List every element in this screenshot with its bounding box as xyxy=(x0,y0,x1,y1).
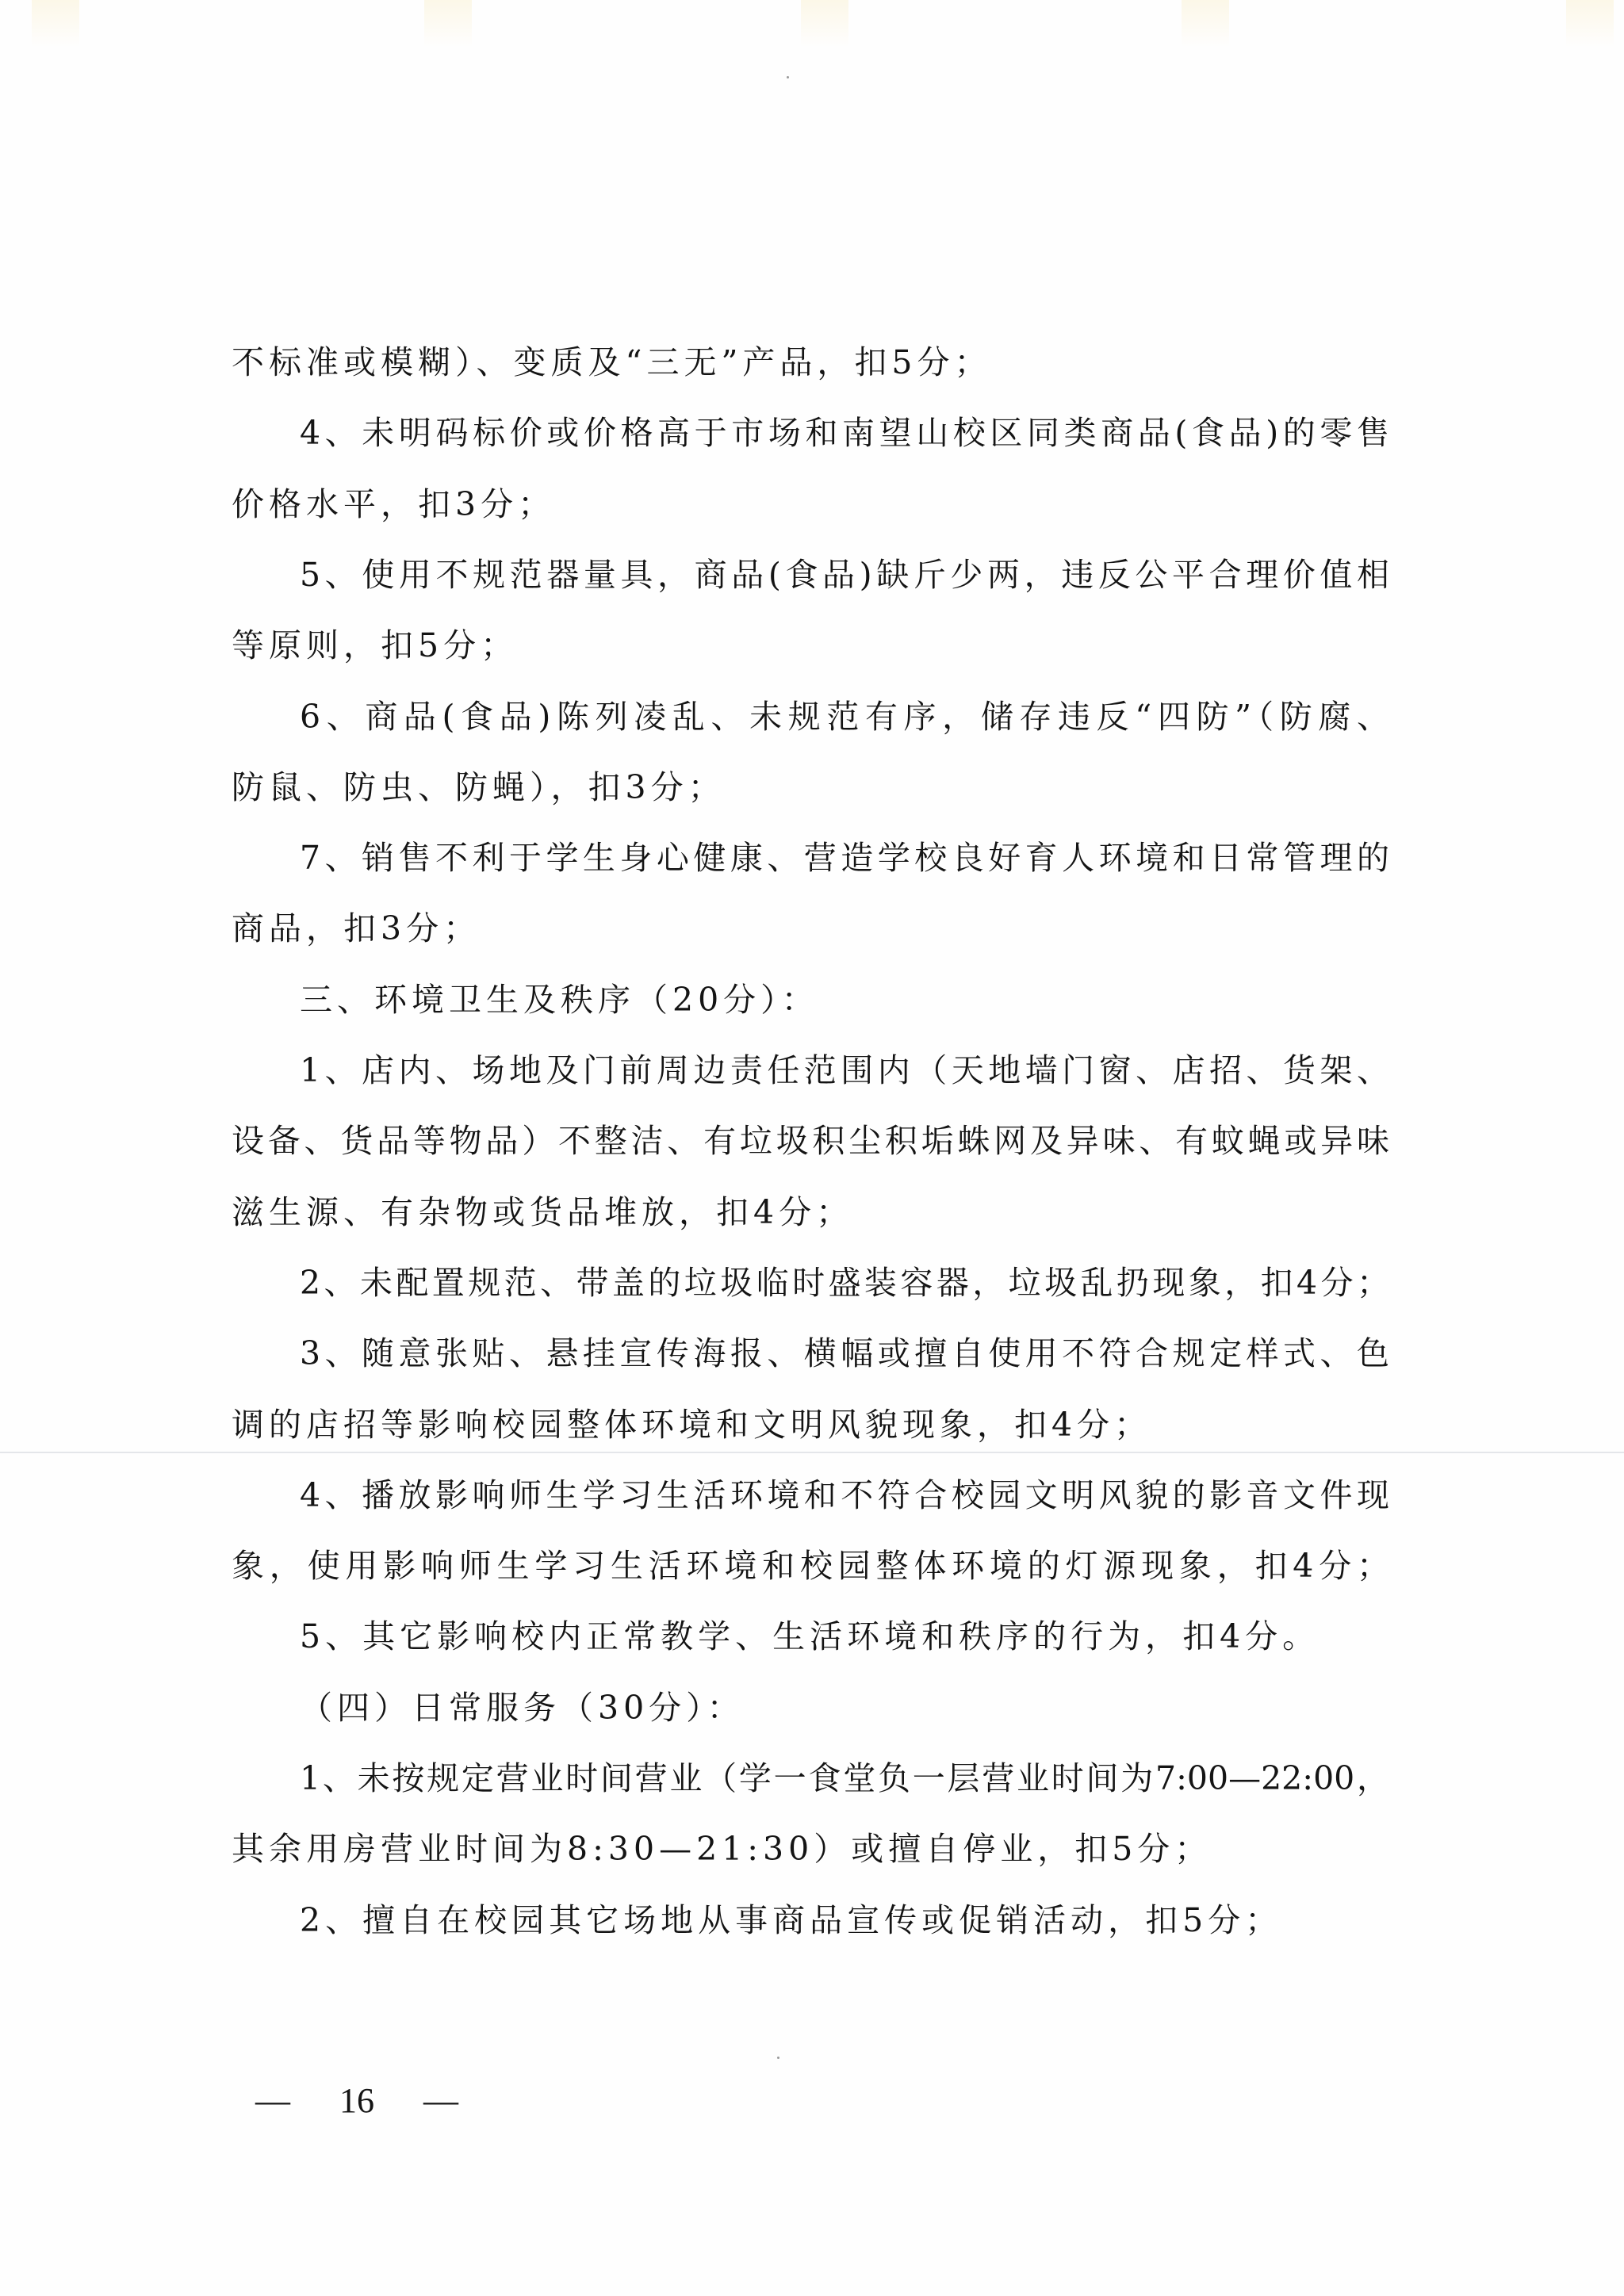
fold-line xyxy=(0,1452,1624,1453)
text-line: 5、其它影响校内正常教学、生活环境和秩序的行为，扣4分。 xyxy=(300,1616,1319,1657)
text-line: 3、随意张贴、悬挂宣传海报、横幅或擅自使用不符合规定样式、色 xyxy=(300,1333,1389,1374)
page-number: — 16 — xyxy=(255,2080,458,2122)
text-line: 调的店招等影响校园整体环境和文明风貌现象，扣4分； xyxy=(232,1404,1151,1445)
text-line: 滋生源、有杂物或货品堆放，扣4分； xyxy=(232,1192,853,1233)
text-line: 6、商品(食品)陈列凌乱、未规范有序，储存违反“四防”（防腐、 xyxy=(300,696,1389,737)
scan-smudge xyxy=(1182,0,1229,48)
text-line: 等原则，扣5分； xyxy=(232,625,518,666)
text-line: 4、未明码标价或价格高于市场和南望山校区同类商品(食品)的零售 xyxy=(300,412,1389,453)
scan-smudge xyxy=(1566,0,1614,48)
text-line: 1、未按规定营业时间营业（学一食堂负一层营业时间为7:00—22:00， xyxy=(300,1758,1389,1799)
text-line: 4、播放影响师生学习生活环境和不符合校园文明风貌的影音文件现 xyxy=(300,1475,1389,1516)
scan-speck xyxy=(777,2057,779,2059)
text-line: 不标准或模糊）、变质及“三无”产品，扣5分； xyxy=(232,342,992,383)
page-number-dash-left: — xyxy=(255,2080,312,2122)
text-line: 设备、货品等物品）不整洁、有垃圾积尘积垢蛛网及异味、有蚊蝇或异味 xyxy=(232,1120,1389,1161)
text-line: 商品，扣3分； xyxy=(232,908,481,949)
text-line: 2、擅自在校园其它场地从事商品宣传或促销活动，扣5分； xyxy=(300,1900,1282,1941)
page-number-value: 16 xyxy=(321,2080,393,2122)
text-line: 象，使用影响师生学习生活环境和校园整体环境的灯源现象，扣4分； xyxy=(232,1545,1389,1586)
scan-smudge xyxy=(424,0,472,48)
text-line: 5、使用不规范器量具，商品(食品)缺斤少两，违反公平合理价值相 xyxy=(300,554,1389,595)
text-line: 价格水平，扣3分； xyxy=(232,484,555,525)
text-line: 1、店内、场地及门前周边责任范围内（天地墙门窗、店招、货架、 xyxy=(300,1050,1389,1091)
text-line: 7、销售不利于学生身心健康、营造学校良好育人环境和日常管理的 xyxy=(300,837,1389,878)
scan-speck xyxy=(787,76,789,78)
document-page: 不标准或模糊）、变质及“三无”产品，扣5分； 4、未明码标价或价格高于市场和南望… xyxy=(0,0,1624,2296)
text-line: 其余用房营业时间为8:30—21:30）或擅自停业，扣5分； xyxy=(232,1828,1212,1869)
scan-smudge xyxy=(32,0,79,48)
scan-smudge xyxy=(801,0,848,48)
text-line: 2、未配置规范、带盖的垃圾临时盛装容器，垃圾乱扔现象，扣4分； xyxy=(300,1262,1389,1303)
section-heading: （四）日常服务（30分）： xyxy=(300,1687,745,1728)
section-heading: 三、环境卫生及秩序（20分）： xyxy=(300,979,819,1020)
text-line: 防鼠、防虫、防蝇），扣3分； xyxy=(232,767,726,808)
page-number-dash-right: — xyxy=(401,2080,458,2122)
